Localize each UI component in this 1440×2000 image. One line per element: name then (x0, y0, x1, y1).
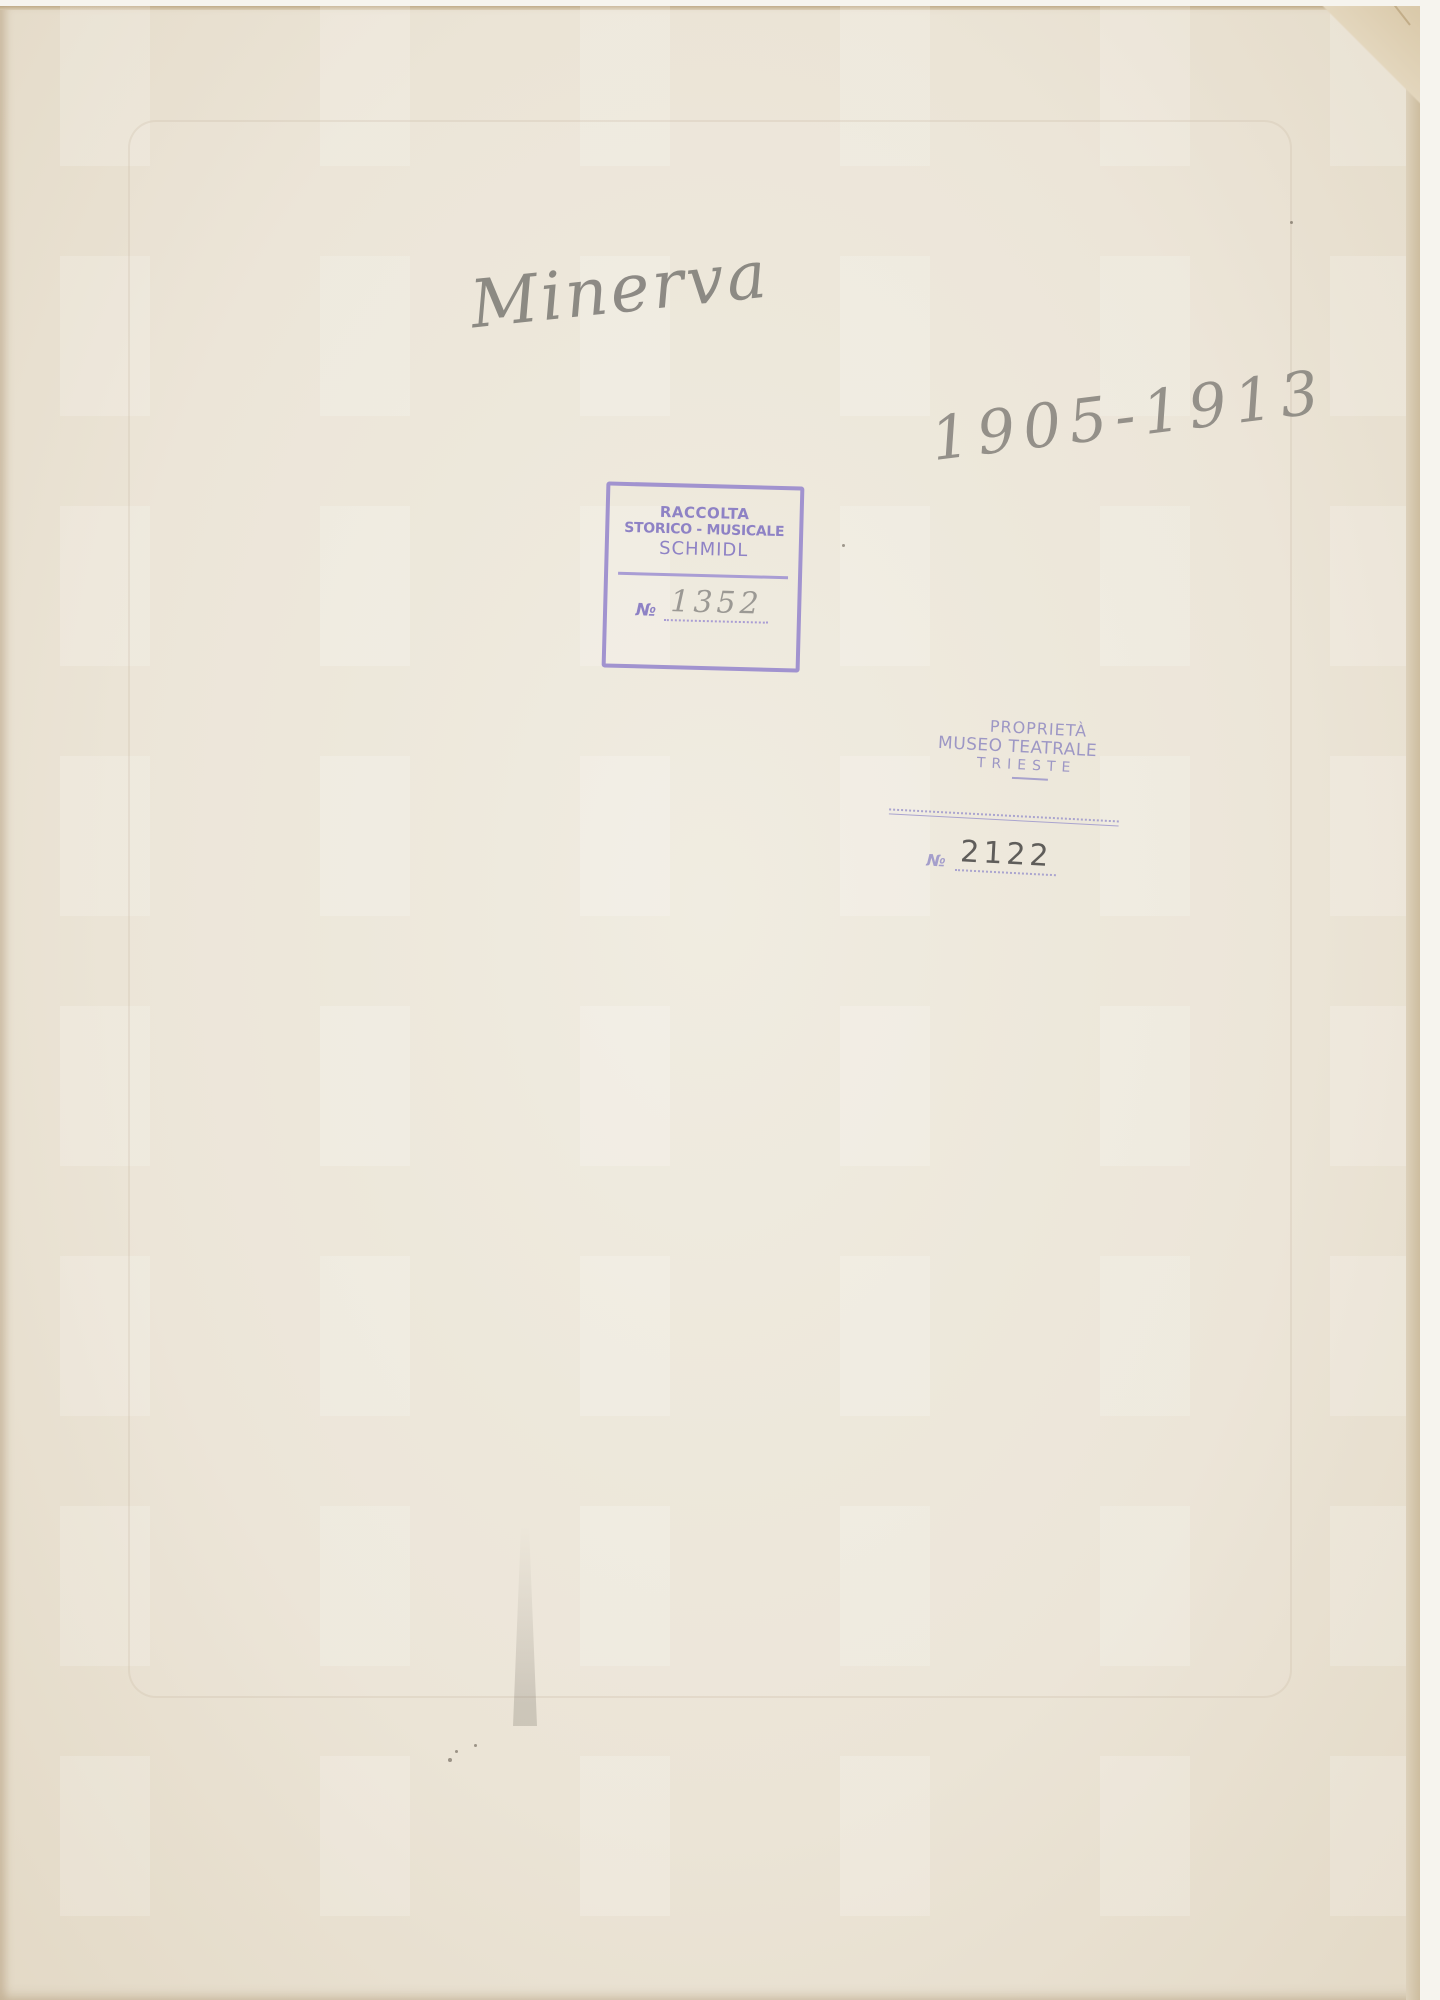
stamp-divider (618, 572, 788, 579)
number-sign-icon: № (926, 850, 946, 870)
ink-speck (455, 1750, 458, 1753)
page-edge (1406, 6, 1420, 2000)
stamp-line: SCHMIDL (608, 537, 798, 563)
stamp-raccolta-schmidl: RACCOLTA STORICO - MUSICALE SCHMIDL № 13… (602, 481, 805, 672)
ink-speck (1290, 221, 1293, 224)
ink-speck (448, 1758, 452, 1762)
stamp-divider (1012, 777, 1048, 781)
folded-corner (1300, 6, 1420, 126)
embossed-inner-frame (128, 120, 1292, 1698)
inventory-number: 2122 (955, 834, 1057, 876)
stamp-rule (889, 808, 1119, 826)
inventory-number: 1352 (664, 584, 769, 624)
stamp-number-row: № 1352 (607, 583, 798, 625)
ink-speck (842, 544, 845, 547)
number-sign-icon: № (635, 600, 656, 621)
stamp-museo-teatrale: PROPRIETÀ MUSEO TEATRALE TRIESTE № 2122 (896, 712, 1134, 880)
document-page: Minerva 1905-1913 RACCOLTA STORICO - MUS… (0, 6, 1420, 2000)
ink-speck (474, 1744, 477, 1747)
